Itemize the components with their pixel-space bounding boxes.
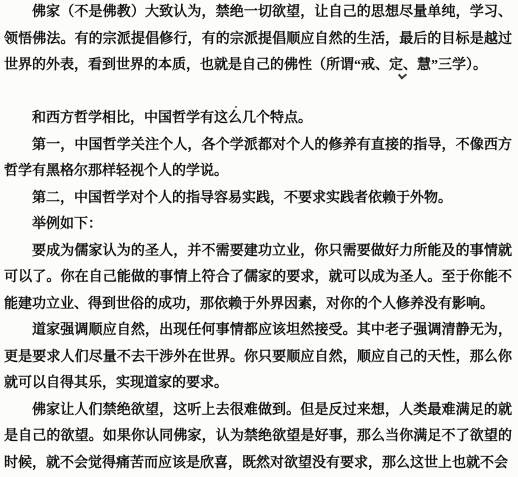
paragraph-buddhist-example: 佛家让人们禁绝欲望，这听上去很难做到。但是反过来想，人类最难满足的就是自己的欲望… — [4, 398, 512, 477]
paragraph-chinese-philosophy-intro: 和西方哲学相比，中国哲学有这么几个特点。 — [4, 106, 512, 133]
paragraph-buddhism-overview: 佛家（不是佛教）大致认为，禁绝一切欲望，让自己的思想尽量单纯，学习、领悟佛法。有… — [4, 0, 512, 80]
paragraph-point-two: 第二，中国哲学对个人的指导容易实践，不要求实践者依赖于外物。 — [4, 186, 512, 213]
paragraph-point-one: 第一，中国哲学关注个人，各个学派都对个人的修养有直接的指导，不像西方哲学有黑格尔… — [4, 133, 512, 186]
paragraph-daoist-example: 道家强调顺应自然，出现任何事情都应该坦然接受。其中老子强调清静无为，更是要求人们… — [4, 318, 512, 398]
paragraph-confucian-example: 要成为儒家认为的圣人，并不需要建功立业，你只需要做好力所能及的事情就可以了。你在… — [4, 239, 512, 319]
paragraph-examples-lead-in: 举例如下： — [4, 212, 512, 239]
document-page: 佛家（不是佛教）大致认为，禁绝一切欲望，让自己的思想尽量单纯，学习、领悟佛法。有… — [0, 0, 518, 477]
